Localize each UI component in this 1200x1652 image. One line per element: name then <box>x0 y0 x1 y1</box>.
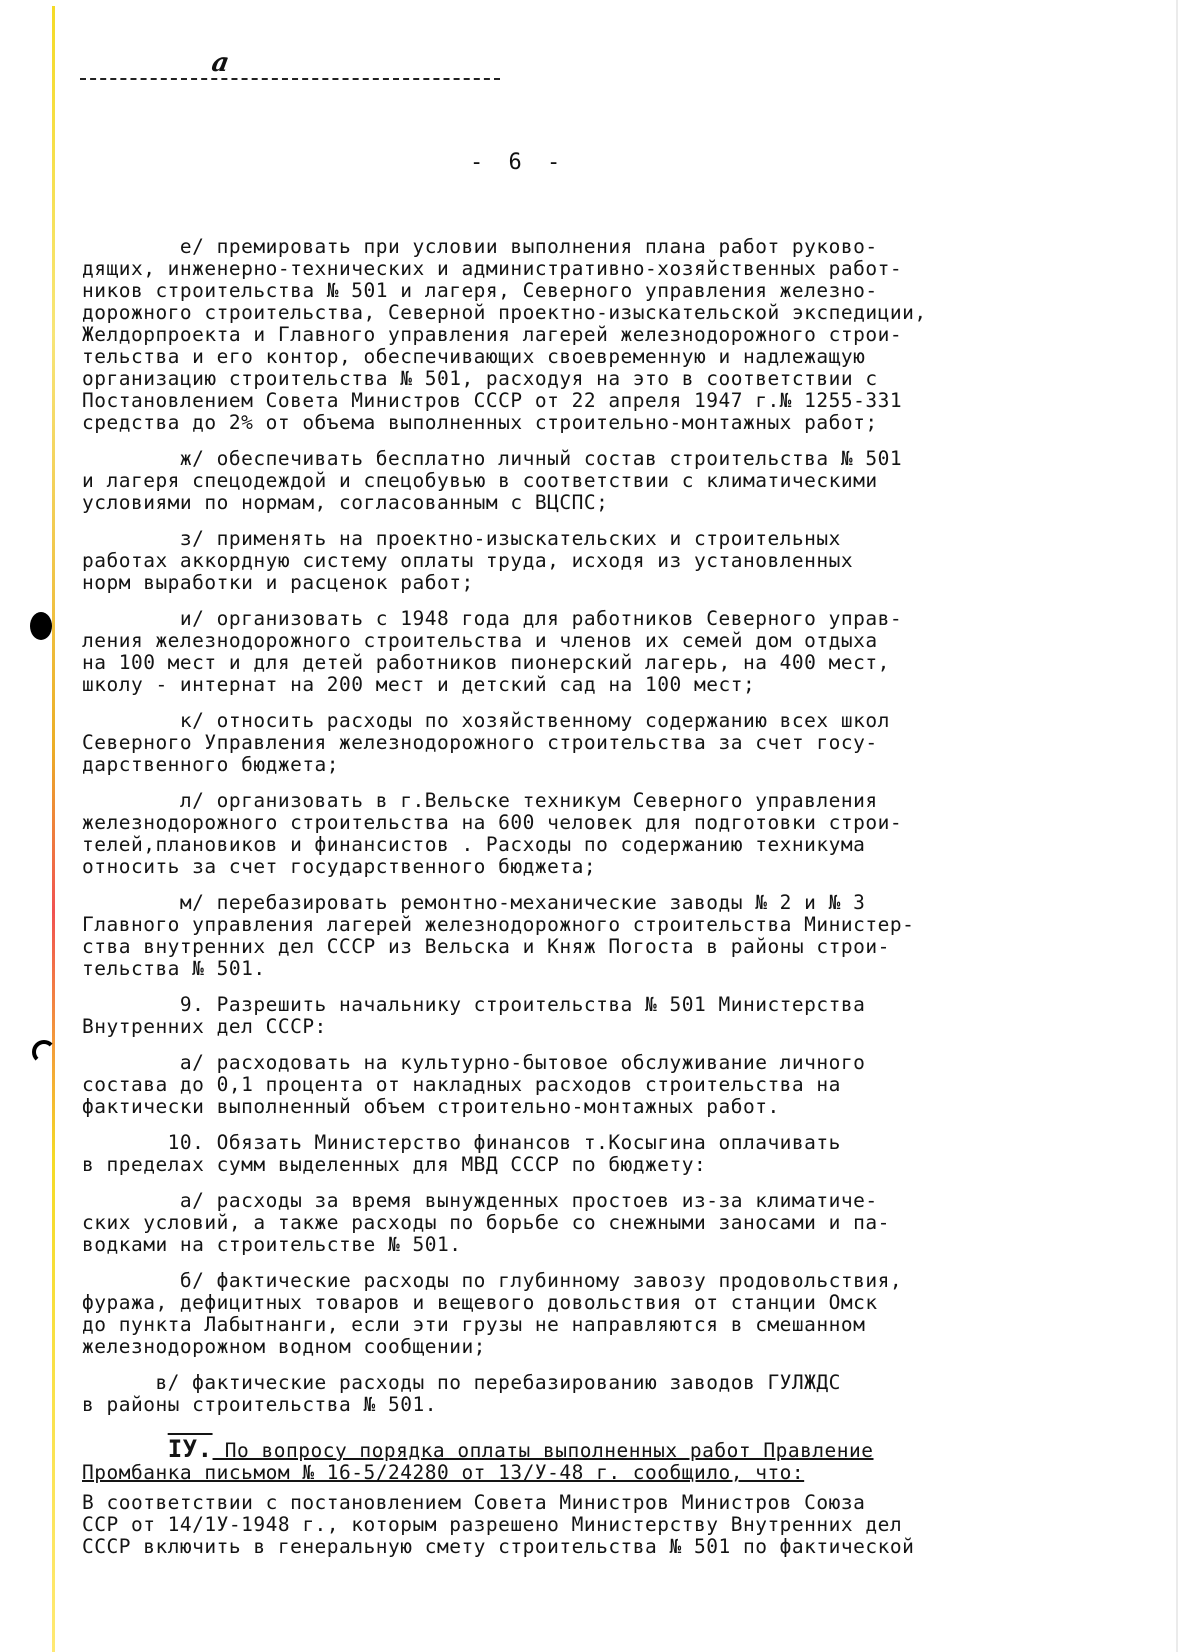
text-line: дящих, инженерно-технических и администр… <box>82 258 1072 280</box>
text-line: до пункта Лабытнанги, если эти грузы не … <box>82 1314 1072 1336</box>
text-line: в районы строительства № 501. <box>82 1394 1072 1416</box>
paragraph-k: к/ относить расходы по хозяйственному со… <box>82 710 1072 776</box>
text-line: ж/ обеспечивать бесплатно личный состав … <box>82 448 1072 470</box>
text-line: м/ перебазировать ремонтно-механические … <box>82 892 1072 914</box>
paragraph-e: е/ премировать при условии выполнения пл… <box>82 236 1072 434</box>
paragraph-z: з/ применять на проектно-изыскательских … <box>82 528 1072 594</box>
paragraph-10: 10. Обязать Министерство финансов т.Косы… <box>82 1132 1072 1176</box>
text-line: дорожного строительства, Северной проект… <box>82 302 1072 324</box>
text-line: состава до 0,1 процента от накладных рас… <box>82 1074 1072 1096</box>
text-line: железнодорожном водном сообщении; <box>82 1336 1072 1358</box>
text-line: б/ фактические расходы по глубинному зав… <box>82 1270 1072 1292</box>
text-line: работах аккордную систему оплаты труда, … <box>82 550 1072 572</box>
text-line: з/ применять на проектно-изыскательских … <box>82 528 1072 550</box>
text-line: дарственного бюджета; <box>82 754 1072 776</box>
text-line: л/ организовать в г.Вельске техникум Сев… <box>82 790 1072 812</box>
paragraph-10b: б/ фактические расходы по глубинному зав… <box>82 1270 1072 1358</box>
text-line: фуража, дефицитных товаров и вещевого до… <box>82 1292 1072 1314</box>
paragraph-9: 9. Разрешить начальнику строительства № … <box>82 994 1072 1038</box>
text-line: телей,плановиков и финансистов . Расходы… <box>82 834 1072 856</box>
text-line: тельства и его контор, обеспечивающих св… <box>82 346 1072 368</box>
section-heading-text: По вопросу порядка оплаты выполненных ра… <box>213 1439 874 1462</box>
text-line: на 100 мест и для детей работников пионе… <box>82 652 1072 674</box>
text-line: Желдорпроекта и Главного управления лаге… <box>82 324 1072 346</box>
text-line: в пределах сумм выделенных для МВД СССР … <box>82 1154 1072 1176</box>
section-iv: IУ. По вопросу порядка оплаты выполненны… <box>82 1438 1072 1558</box>
text-line: Постановлением Совета Министров СССР от … <box>82 390 1072 412</box>
binding-mark <box>32 1040 56 1064</box>
text-line: е/ премировать при условии выполнения пл… <box>82 236 1072 258</box>
paragraph-10a: а/ расходы за время вынужденных простоев… <box>82 1190 1072 1256</box>
paragraph-10v: в/ фактические расходы по перебазировани… <box>82 1372 1072 1416</box>
text-line: Внутренних дел СССР: <box>82 1016 1072 1038</box>
punch-hole-mark <box>30 612 52 640</box>
text-line: ских условий, а также расходы по борьбе … <box>82 1212 1072 1234</box>
text-line: средства до 2% от объема выполненных стр… <box>82 412 1072 434</box>
text-line: к/ относить расходы по хозяйственному со… <box>82 710 1072 732</box>
text-line: СССР включить в генеральную смету строит… <box>82 1536 1072 1558</box>
text-line: в/ фактические расходы по перебазировани… <box>82 1372 1072 1394</box>
text-line: школу - интернат на 200 мест и детский с… <box>82 674 1072 696</box>
section-heading-line: IУ. По вопросу порядка оплаты выполненны… <box>82 1438 1072 1462</box>
text-line: водками на строительстве № 501. <box>82 1234 1072 1256</box>
paragraph-zh: ж/ обеспечивать бесплатно личный состав … <box>82 448 1072 514</box>
text-line: 10. Обязать Министерство финансов т.Косы… <box>82 1132 1072 1154</box>
text-line: 9. Разрешить начальнику строительства № … <box>82 994 1072 1016</box>
paragraph-m: м/ перебазировать ремонтно-механические … <box>82 892 1072 980</box>
document-page: a - 6 - е/ премировать при условии выпол… <box>0 0 1200 1652</box>
paragraph-i: и/ организовать с 1948 года для работник… <box>82 608 1072 696</box>
paragraph-9a: а/ расходовать на культурно-бытовое обсл… <box>82 1052 1072 1118</box>
text-line: организацию строительства № 501, расходу… <box>82 368 1072 390</box>
text-line: ССР от 14/1У-1948 г., которым разрешено … <box>82 1514 1072 1536</box>
text-line: тельства № 501. <box>82 958 1072 980</box>
text-line: и/ организовать с 1948 года для работник… <box>82 608 1072 630</box>
text-line: а/ расходовать на культурно-бытовое обсл… <box>82 1052 1072 1074</box>
document-body: е/ премировать при условии выполнения пл… <box>82 236 1072 1572</box>
text-line: относить за счет государственного бюджет… <box>82 856 1072 878</box>
text-line: Главного управления лагерей железнодорож… <box>82 914 1072 936</box>
handwritten-mark: a <box>209 48 231 78</box>
text-line: норм выработки и расценок работ; <box>82 572 1072 594</box>
text-line: условиями по нормам, согласованным с ВЦС… <box>82 492 1072 514</box>
text-line: ников строительства № 501 и лагеря, Севе… <box>82 280 1072 302</box>
text-line: и лагеря спецодеждой и спецобувью в соот… <box>82 470 1072 492</box>
text-line: железнодорожного строительства на 600 че… <box>82 812 1072 834</box>
paper-edge-left <box>52 6 55 1652</box>
text-line: фактически выполненный объем строительно… <box>82 1096 1072 1118</box>
paragraph-l: л/ организовать в г.Вельске техникум Сев… <box>82 790 1072 878</box>
section-numeral: IУ. <box>168 1435 213 1463</box>
paper-edge-right <box>1176 0 1178 1652</box>
text-line: В соответствии с постановлением Совета М… <box>82 1492 1072 1514</box>
text-line: ления железнодорожного строительства и ч… <box>82 630 1072 652</box>
text-line: Северного Управления железнодорожного ст… <box>82 732 1072 754</box>
page-number: - 6 - <box>470 150 566 175</box>
section-heading-line: Промбанка письмом № 16-5/24280 от 13/У-4… <box>82 1462 1072 1484</box>
top-dashed-line <box>80 78 500 80</box>
text-line: а/ расходы за время вынужденных простоев… <box>82 1190 1072 1212</box>
text-line: ства внутренних дел СССР из Вельска и Кн… <box>82 936 1072 958</box>
